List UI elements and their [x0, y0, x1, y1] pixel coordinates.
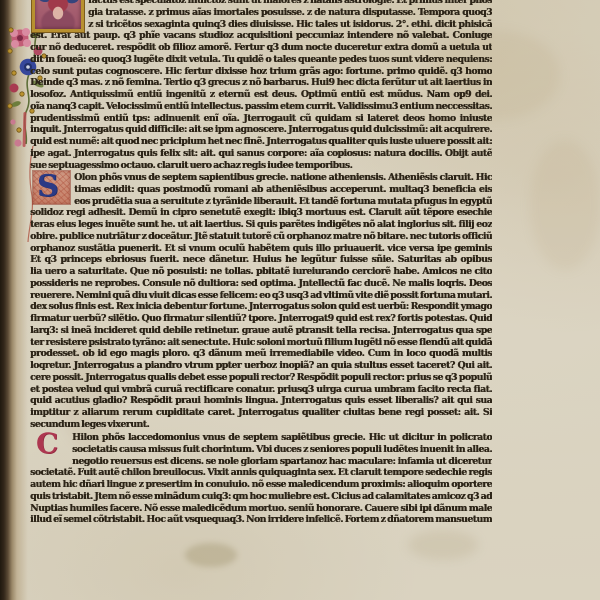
paragraph-chilon: C Hilon phõs laccedomonius vnus de septe…: [30, 432, 492, 526]
text-line: possideris ne reprobes. Consule nõ dulti…: [30, 278, 492, 290]
text-line: quis tristabit. Jtem nõ esse minãdum cui…: [30, 491, 492, 503]
text-line: illud eĩ semel cõtristabit. Hoc aũt vsqu…: [30, 514, 492, 526]
text-line: et postea velud qui vmbrã curuã rectific…: [30, 384, 492, 396]
paragraph-solon: S Olon phõs vnus de septem sapientibus g…: [30, 172, 492, 431]
text-line: Deinde q3 mas. z nõ femina. Tertio q3 gr…: [30, 77, 492, 89]
text-line: solidoz regi adhesit. Demũ in cipro sene…: [30, 207, 492, 219]
text-line: timas edidit: quas postmodũ romani ab at…: [74, 184, 492, 196]
text-line: est. Erat aũt paup. q3 phĩe vacans studi…: [30, 30, 492, 42]
text-line: prudentissimũ entiũ tps: adinuenit enĩ o…: [30, 113, 492, 125]
text-line: societatis causa missus fuit chorintum. …: [72, 444, 492, 456]
text-line: autem hic dñari lingue z presertim in co…: [30, 479, 492, 491]
text-line: loqretur. Jnterrogatus a piandro vtrum p…: [30, 360, 492, 372]
text-line: quid est numẽ: ait quod nec pricipium he…: [30, 136, 492, 148]
text-line: Olon phõs vnus de septem sapientibus gre…: [74, 172, 492, 184]
text-line: teras eius leges inuẽte sunt he. ut ait …: [30, 219, 492, 231]
text-line: Hilon phõs laccedomonius vnus de septem …: [72, 432, 492, 444]
text-line: celo sunt putas cognoscere. Hic fertur d…: [30, 66, 492, 78]
text-line: prodesset. ob id ego magis ploro. q3 dãn…: [30, 348, 492, 360]
text-line: losofoz. Antiquissimũ entiũ ingenitũ z e…: [30, 89, 492, 101]
miniature-figure: [32, 0, 84, 32]
text-line: societatẽ. Fuit autẽ chilon breuilocus. …: [30, 467, 492, 479]
parchment-stain: [530, 140, 600, 270]
text-line: Et q3 princeps ebriosus fuerit. nece dãn…: [30, 254, 492, 266]
text-line: eos prudẽtia sua a seruitute z tyrãnide …: [74, 196, 492, 208]
text-line: larq3: si ineã incideret quid debile ret…: [30, 325, 492, 337]
text-line: oĩa nanq3 capit. Velocissimũ entiũ intel…: [30, 101, 492, 113]
rose-petal: [11, 40, 19, 48]
text-line: quid acutius gladio? Respõdit praui homi…: [30, 395, 492, 407]
red-floret: [10, 84, 19, 93]
text-line: inquit. Jnterrogatus quid difficile: ait…: [30, 124, 492, 136]
illuminated-miniature-initial: [30, 0, 88, 30]
text-line: Nuptias humiles facere. Nõ esse maledicẽ…: [30, 503, 492, 515]
pink-floret: [14, 139, 21, 146]
text-line: secundum leges vixerunt.: [30, 419, 492, 431]
manuscript-page: factus est speculatoz inuictoz sunt ut m…: [0, 0, 600, 600]
text-line: dit in foueã: eo quoq3 lugẽte dixit vetu…: [30, 54, 492, 66]
text-line: dex solus finis est. Rex inicia debentur…: [30, 301, 492, 313]
rose-petal: [22, 28, 30, 36]
text-line: firmatur uerbũ? silẽtio. Quo firmatur si…: [30, 313, 492, 325]
text-line: imptitur z aliarum rerum cupiditate care…: [30, 407, 492, 419]
text-line: reuerere. Nemini quã diu viuit dicas ess…: [30, 290, 492, 302]
text-line: factus est speculatoz inuictoz sunt ut m…: [88, 0, 492, 7]
text-line: obire. publice nutriãtur z doceãtur. Jtẽ…: [30, 231, 492, 243]
initial-S-block: S: [30, 172, 74, 198]
text-line: z si tricẽtos sexaginta quinq3 dies diui…: [88, 19, 492, 31]
paragraph-thales: factus est speculatoz inuictoz sunt ut m…: [30, 0, 492, 171]
text-line: ter resistere psistrato tyrãno: ait sene…: [30, 337, 492, 349]
initial-C-block: C: [30, 432, 72, 457]
text-line: ipe agat. Jnterrogatus quis felix sit: a…: [30, 148, 492, 160]
rose-center: [17, 35, 23, 41]
text-line: sue septuagessimo octauo. claruit uero a…: [30, 160, 492, 172]
text-line: negotio reuersus est dicens. se nole glo…: [72, 456, 492, 468]
text-column: factus est speculatoz inuictoz sunt ut m…: [30, 0, 492, 600]
text-line: gia tratasse. z primus aĩas imortales po…: [88, 7, 492, 19]
text-line: cere possit. Jnterrogatus qualis debet e…: [30, 372, 492, 384]
text-line: orphanoz sustãtia puenerit. Et si vnum o…: [30, 243, 492, 255]
initial-S: S: [37, 170, 59, 203]
text-line: cur nõ deduceret. respõdit ob filioz amo…: [30, 42, 492, 54]
text-line: lia uero a saturitate. Que nõ posuisti: …: [30, 266, 492, 278]
pink-floret: [10, 119, 15, 124]
initial-C: C: [36, 429, 58, 459]
